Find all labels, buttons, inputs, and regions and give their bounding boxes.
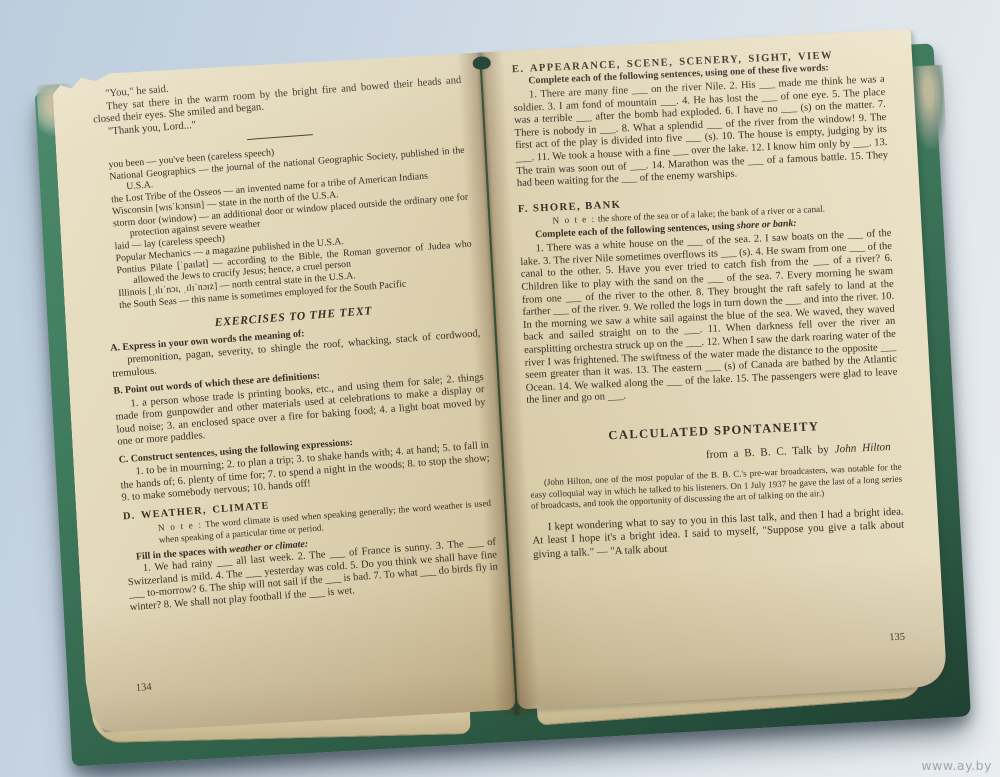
page-number-left: 134 <box>136 682 153 694</box>
photo-background: "You," he said. They sat there in the wa… <box>0 0 1000 777</box>
right-page-content: E. APPEARANCE, SCENE, SCENERY, SIGHT, VI… <box>481 34 939 710</box>
left-page: "You," he said. They sat there in the wa… <box>52 53 516 734</box>
section-f-body: 1. There was a white house on the ___ of… <box>520 228 899 408</box>
byline-author: John Hilton <box>834 441 891 455</box>
byline-prefix: from a B. B. C. Talk by <box>706 443 835 461</box>
open-book: "You," he said. They sat there in the wa… <box>52 29 948 752</box>
glossary-list: you been — you've been (careless speech)… <box>108 133 474 312</box>
f-instruction-terms: shore or bank: <box>737 218 797 232</box>
note-label: N o t e : <box>552 214 596 226</box>
right-page: E. APPEARANCE, SCENE, SCENERY, SIGHT, VI… <box>481 29 947 710</box>
page-number-right: 135 <box>889 632 905 644</box>
article-first-paragraph: I kept wondering what to say to you in t… <box>532 506 905 562</box>
article-intro-note: (John Hilton, one of the most popular of… <box>530 462 903 513</box>
section-e-body: 1. There are many fine ___ on the river … <box>513 74 889 191</box>
section-divider <box>247 134 313 140</box>
watermark-url: www.ay.by <box>921 758 992 773</box>
page-spread: "You," he said. They sat there in the wa… <box>52 29 948 752</box>
left-page-content: "You," he said. They sat there in the wa… <box>52 44 528 732</box>
